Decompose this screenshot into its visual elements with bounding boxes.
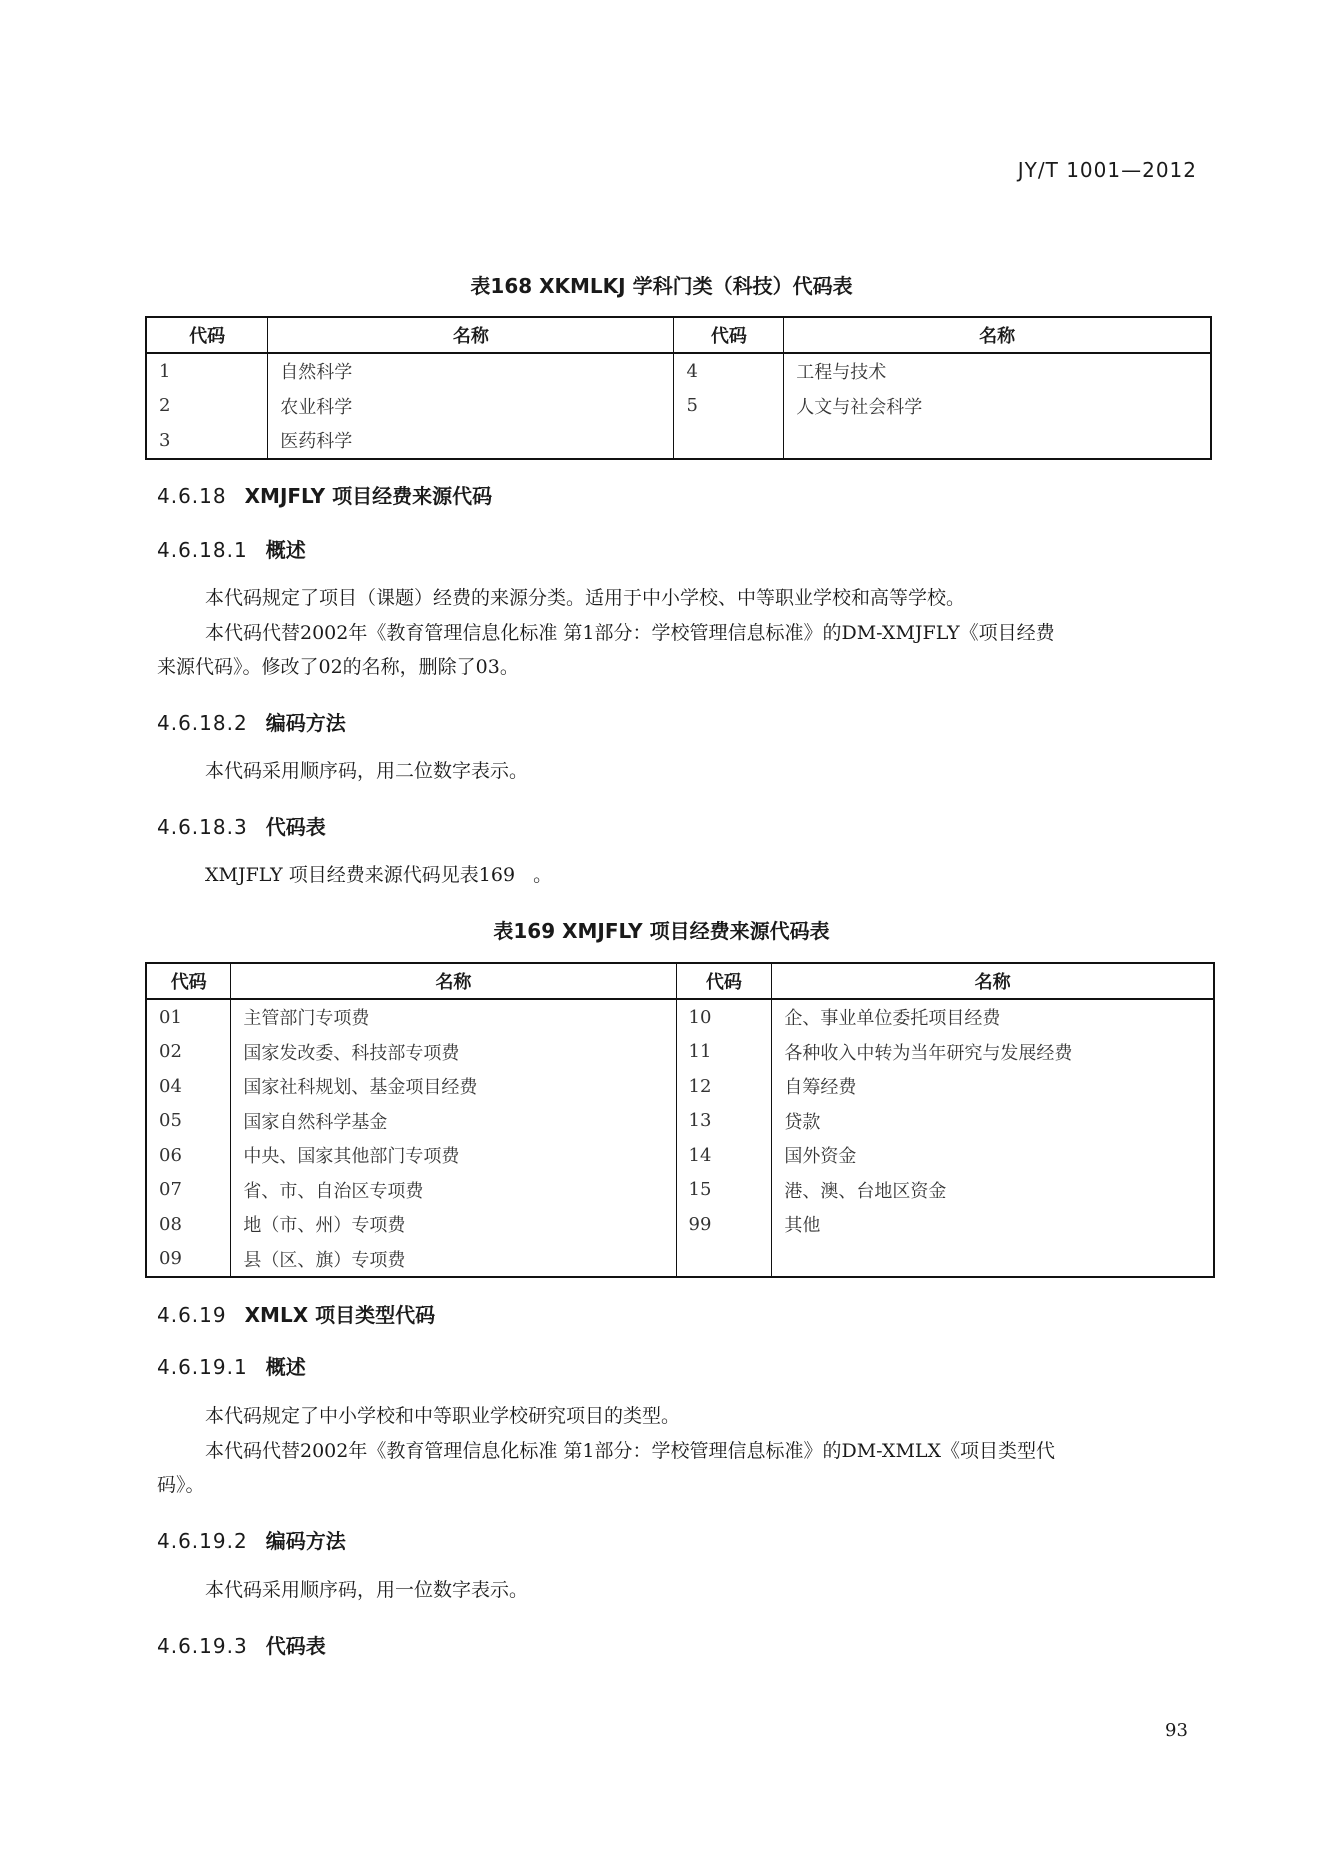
code-cell: 12	[676, 1069, 772, 1104]
table-row: 01 主管部门专项费 10 企、事业单位委托项目经费	[146, 999, 1214, 1035]
paragraph-text: 本代码代替2002年《教育管理信息化标准 第1部分：学校管理信息标准》的DM-X…	[205, 1440, 1055, 1462]
name-cell: 国家社科规划、基金项目经费	[231, 1069, 676, 1104]
table-168: 代码 名称 代码 名称 1 自然科学 4 工程与技术 2 农业科学 5 人文与社…	[145, 316, 1212, 460]
paragraph: 本代码代替2002年《教育管理信息化标准 第1部分：学校管理信息标准》的DM-X…	[157, 1434, 1055, 1468]
paragraph-text: XMJFLY 项目经费来源代码见表169 。	[205, 864, 552, 886]
code-cell: 13	[676, 1104, 772, 1139]
name-cell: 中央、国家其他部门专项费	[231, 1138, 676, 1173]
column-header-name: 名称	[784, 317, 1211, 353]
paragraph-text: 本代码采用顺序码，用一位数字表示。	[205, 1579, 528, 1601]
paragraph-text: 本代码规定了中小学校和中等职业学校研究项目的类型。	[205, 1405, 680, 1427]
table-row: 3 医药科学	[146, 423, 1211, 459]
section-title: XMJFLY 项目经费来源代码	[245, 484, 493, 508]
section-title: 代码表	[266, 815, 326, 839]
section-heading-4-6-19-2: 4.6.19.2编码方法	[157, 1525, 346, 1554]
code-cell: 1	[146, 353, 268, 389]
name-cell: 企、事业单位委托项目经费	[772, 999, 1214, 1035]
name-cell: 地（市、州）专项费	[231, 1207, 676, 1242]
name-cell: 各种收入中转为当年研究与发展经费	[772, 1035, 1214, 1070]
table-row: 06 中央、国家其他部门专项费 14 国外资金	[146, 1138, 1214, 1173]
paragraph-text: 本代码规定了项目（课题）经费的来源分类。适用于中小学校、中等职业学校和高等学校。	[205, 587, 965, 609]
name-cell: 县（区、旗）专项费	[231, 1242, 676, 1278]
section-title: 概述	[266, 1355, 306, 1379]
column-header-name: 名称	[231, 963, 676, 999]
section-heading-4-6-19-3: 4.6.19.3代码表	[157, 1630, 326, 1659]
section-number: 4.6.18	[157, 484, 227, 508]
section-number: 4.6.19	[157, 1303, 227, 1327]
paragraph-text: 本代码采用顺序码，用二位数字表示。	[205, 760, 528, 782]
code-cell: 14	[676, 1138, 772, 1173]
paragraph-continuation: 来源代码》。修改了02的名称，删除了03。	[157, 650, 519, 684]
column-header-code: 代码	[146, 317, 268, 353]
section-heading-4-6-18-2: 4.6.18.2编码方法	[157, 707, 346, 736]
name-cell: 工程与技术	[784, 353, 1211, 389]
section-heading-4-6-18-3: 4.6.18.3代码表	[157, 811, 326, 840]
code-cell: 4	[674, 353, 784, 389]
table-header-row: 代码 名称 代码 名称	[146, 317, 1211, 353]
name-cell	[784, 423, 1211, 459]
code-cell: 15	[676, 1173, 772, 1208]
name-cell: 人文与社会科学	[784, 389, 1211, 424]
section-number: 4.6.18.3	[157, 815, 248, 839]
code-cell	[674, 423, 784, 459]
code-cell: 06	[146, 1138, 231, 1173]
section-heading-4-6-18-1: 4.6.18.1概述	[157, 534, 306, 563]
section-title: 概述	[266, 538, 306, 562]
section-number: 4.6.19.3	[157, 1634, 248, 1658]
code-cell: 2	[146, 389, 268, 424]
name-cell: 主管部门专项费	[231, 999, 676, 1035]
code-cell: 04	[146, 1069, 231, 1104]
name-cell: 农业科学	[268, 389, 674, 424]
column-header-name: 名称	[772, 963, 1214, 999]
section-number: 4.6.19.1	[157, 1355, 248, 1379]
code-cell: 99	[676, 1207, 772, 1242]
section-title: 编码方法	[266, 711, 346, 735]
table-row: 07 省、市、自治区专项费 15 港、澳、台地区资金	[146, 1173, 1214, 1208]
name-cell: 医药科学	[268, 423, 674, 459]
column-header-code: 代码	[676, 963, 772, 999]
paragraph: 本代码规定了中小学校和中等职业学校研究项目的类型。	[157, 1399, 680, 1433]
code-cell: 5	[674, 389, 784, 424]
section-heading-4-6-19-1: 4.6.19.1概述	[157, 1351, 306, 1380]
name-cell: 国家发改委、科技部专项费	[231, 1035, 676, 1070]
code-cell: 11	[676, 1035, 772, 1070]
table-168-caption: 表168 XKMLKJ 学科门类（科技）代码表	[0, 270, 1323, 299]
table-row: 2 农业科学 5 人文与社会科学	[146, 389, 1211, 424]
code-cell: 08	[146, 1207, 231, 1242]
name-cell: 省、市、自治区专项费	[231, 1173, 676, 1208]
paragraph: 本代码采用顺序码，用二位数字表示。	[157, 754, 528, 788]
code-cell: 01	[146, 999, 231, 1035]
section-number: 4.6.19.2	[157, 1529, 248, 1553]
name-cell: 自筹经费	[772, 1069, 1214, 1104]
section-title: 编码方法	[266, 1529, 346, 1553]
page-number: 93	[1165, 1720, 1188, 1741]
name-cell: 国家自然科学基金	[231, 1104, 676, 1139]
section-heading-4-6-19: 4.6.19XMLX 项目类型代码	[157, 1299, 435, 1328]
section-number: 4.6.18.1	[157, 538, 248, 562]
table-row: 09 县（区、旗）专项费	[146, 1242, 1214, 1278]
table-169-caption: 表169 XMJFLY 项目经费来源代码表	[0, 915, 1323, 944]
column-header-name: 名称	[268, 317, 674, 353]
section-heading-4-6-18: 4.6.18XMJFLY 项目经费来源代码	[157, 480, 492, 509]
name-cell: 自然科学	[268, 353, 674, 389]
name-cell: 贷款	[772, 1104, 1214, 1139]
name-cell: 其他	[772, 1207, 1214, 1242]
section-number: 4.6.18.2	[157, 711, 248, 735]
paragraph-continuation: 码》。	[157, 1468, 205, 1502]
code-cell: 05	[146, 1104, 231, 1139]
table-row: 02 国家发改委、科技部专项费 11 各种收入中转为当年研究与发展经费	[146, 1035, 1214, 1070]
section-title: XMLX 项目类型代码	[245, 1303, 435, 1327]
code-cell: 09	[146, 1242, 231, 1278]
table-169: 代码 名称 代码 名称 01 主管部门专项费 10 企、事业单位委托项目经费 0…	[145, 962, 1215, 1278]
paragraph-text: 本代码代替2002年《教育管理信息化标准 第1部分：学校管理信息标准》的DM-X…	[205, 622, 1055, 644]
table-row: 04 国家社科规划、基金项目经费 12 自筹经费	[146, 1069, 1214, 1104]
paragraph: XMJFLY 项目经费来源代码见表169 。	[157, 858, 552, 892]
table-row: 08 地（市、州）专项费 99 其他	[146, 1207, 1214, 1242]
standard-code-header: JY/T 1001—2012	[1018, 158, 1197, 182]
table-header-row: 代码 名称 代码 名称	[146, 963, 1214, 999]
paragraph: 本代码代替2002年《教育管理信息化标准 第1部分：学校管理信息标准》的DM-X…	[157, 616, 1055, 650]
table-row: 1 自然科学 4 工程与技术	[146, 353, 1211, 389]
section-title: 代码表	[266, 1634, 326, 1658]
code-cell: 07	[146, 1173, 231, 1208]
code-cell: 3	[146, 423, 268, 459]
table-row: 05 国家自然科学基金 13 贷款	[146, 1104, 1214, 1139]
code-cell: 02	[146, 1035, 231, 1070]
name-cell	[772, 1242, 1214, 1278]
name-cell: 港、澳、台地区资金	[772, 1173, 1214, 1208]
paragraph: 本代码规定了项目（课题）经费的来源分类。适用于中小学校、中等职业学校和高等学校。	[157, 581, 965, 615]
code-cell	[676, 1242, 772, 1278]
column-header-code: 代码	[146, 963, 231, 999]
paragraph: 本代码采用顺序码，用一位数字表示。	[157, 1573, 528, 1607]
name-cell: 国外资金	[772, 1138, 1214, 1173]
column-header-code: 代码	[674, 317, 784, 353]
code-cell: 10	[676, 999, 772, 1035]
